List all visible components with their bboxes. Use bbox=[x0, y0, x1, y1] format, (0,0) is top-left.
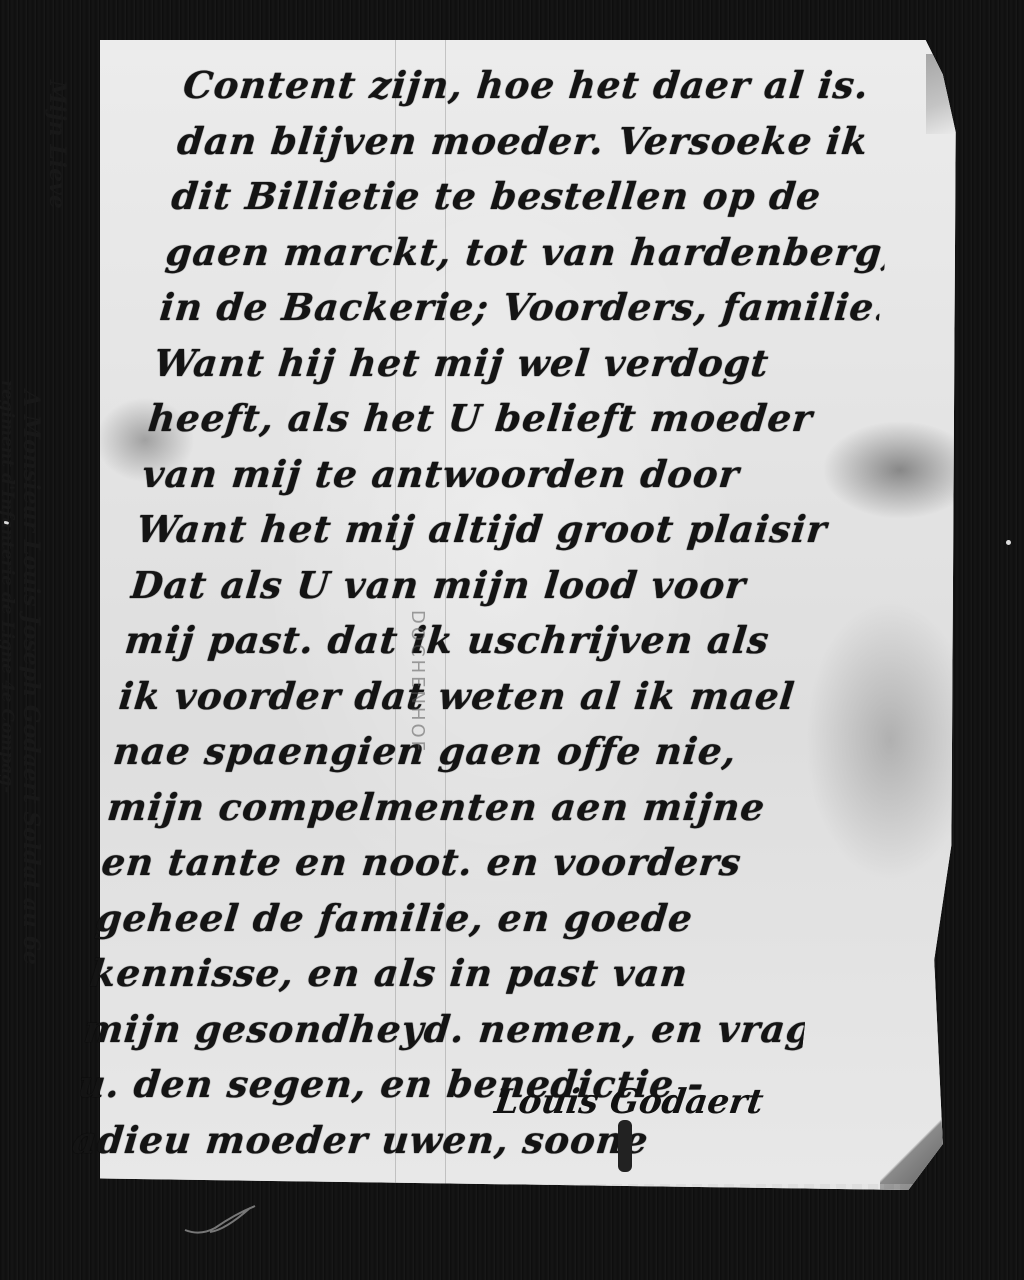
letter-line: Content zijn, hoe het daer al is. bbox=[180, 58, 906, 114]
letter-line: Want het mij altijd groot plaisir bbox=[134, 502, 860, 558]
letter-line: mijn compelmenten aen mijne bbox=[105, 780, 831, 836]
ink-blot bbox=[618, 1120, 632, 1172]
letter-line: ik voorder dat weten al ik mael bbox=[116, 669, 842, 725]
letter-body: Content zijn, hoe het daer al is. dan bl… bbox=[70, 58, 907, 1168]
scan-artifact bbox=[1006, 540, 1011, 545]
letter-line: dit Billietie te bestellen op de bbox=[169, 169, 895, 225]
letter-line: in de Backerie; Voorders, familie. bbox=[157, 280, 883, 336]
letter-line: Dat als U van mijn lood voor bbox=[128, 558, 854, 614]
margin-address: Mijn Lieve A Monsieur Louis Joseph Godae… bbox=[0, 80, 70, 965]
letter-line: van mij te antwoorden door bbox=[140, 447, 866, 503]
letter-line: dan blijven moeder. Versoeke ik bbox=[175, 114, 901, 170]
letter-line: mij past. dat ik uschrijven als bbox=[122, 613, 848, 669]
margin-greeting: Mijn Lieve bbox=[44, 80, 70, 965]
letter-line: mijn gesondheyd. nemen, en vrag bbox=[81, 1002, 807, 1058]
letter-line: nae spaengien gaen offe nie, bbox=[111, 724, 837, 780]
scan-background: Content zijn, hoe het daer al is. dan bl… bbox=[0, 0, 1024, 1280]
folded-corner bbox=[880, 1090, 960, 1190]
torn-corner bbox=[926, 54, 956, 134]
paper-edge bbox=[100, 1184, 960, 1196]
letter-line: kennisse, en als in past van bbox=[87, 946, 813, 1002]
address-line: A Monsieur Louis Joseph Godaert Soldat a… bbox=[18, 80, 44, 965]
letter-line: gaen marckt, tot van hardenberg, bbox=[163, 225, 889, 281]
letter-line: geheel de familie, en goede bbox=[93, 891, 819, 947]
letter-line: heeft, als het U belieft moeder bbox=[145, 391, 871, 447]
faded-stamp: DOCHENHOF bbox=[407, 610, 428, 754]
signature: Louis Godaert bbox=[492, 1082, 766, 1122]
address-line: regiment d'Infanterie de Ligne 4e Compag… bbox=[0, 80, 18, 965]
scratch-mark bbox=[180, 1200, 260, 1240]
letter-line: Want hij het mij wel verdogt bbox=[151, 336, 877, 392]
letter-line: en tante en noot. en voorders bbox=[99, 835, 825, 891]
